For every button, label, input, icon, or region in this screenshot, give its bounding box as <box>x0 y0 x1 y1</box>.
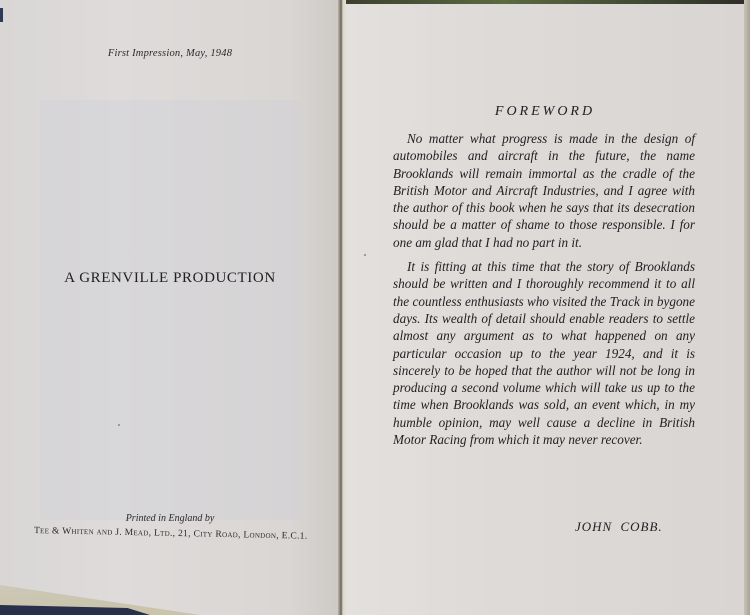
production-title: A GRENVILLE PRODUCTION <box>0 270 340 287</box>
foreword-paragraph: No matter what progress is made in the d… <box>393 130 695 251</box>
paper-speck <box>364 254 366 256</box>
author-signature: JOHN COBB. <box>575 519 663 535</box>
foreword-body: No matter what progress is made in the d… <box>393 130 695 455</box>
page-edge <box>744 0 750 615</box>
cover-edge <box>0 8 3 22</box>
impression-line: First Impression, May, 1948 <box>0 48 340 59</box>
printed-by-line: Printed in England by <box>0 513 340 524</box>
paper-speck <box>118 424 120 426</box>
book-spread: First Impression, May, 1948 A GRENVILLE … <box>0 0 750 615</box>
show-through-image <box>40 100 300 520</box>
foreword-paragraph: It is fitting at this time that the stor… <box>393 258 695 448</box>
foreword-heading: FOREWORD <box>346 104 744 120</box>
